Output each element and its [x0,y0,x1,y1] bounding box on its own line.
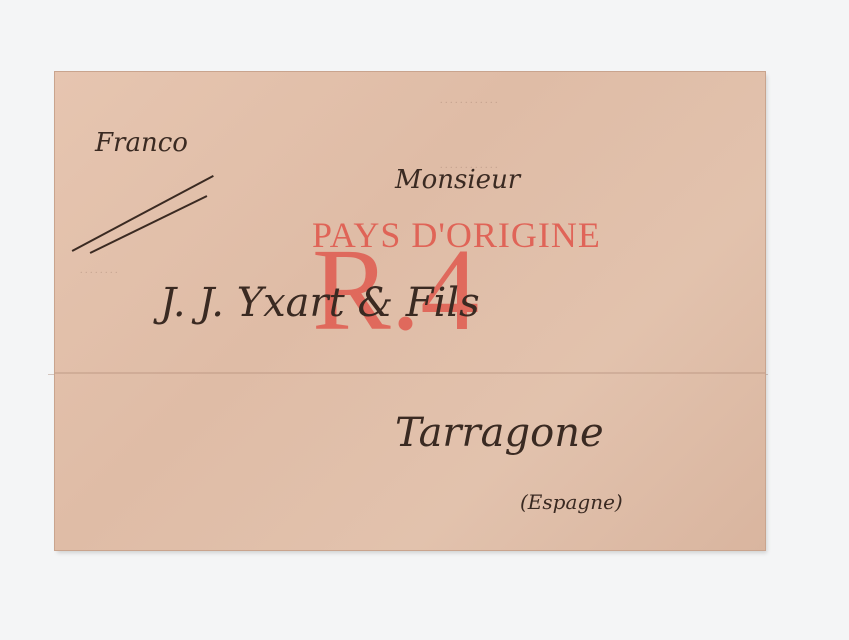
show-through-text: . . . . . . . . [80,265,118,276]
show-through-text: . . . . . . . . . . . . [440,95,498,106]
franco-annotation: Franco [95,128,188,158]
city: Tarragone [395,410,604,456]
salutation: Monsieur [395,165,520,195]
fold-line [55,372,765,374]
country: (Espagne) [520,490,623,514]
addressee: J. J. Yxart & Fils [160,280,480,326]
